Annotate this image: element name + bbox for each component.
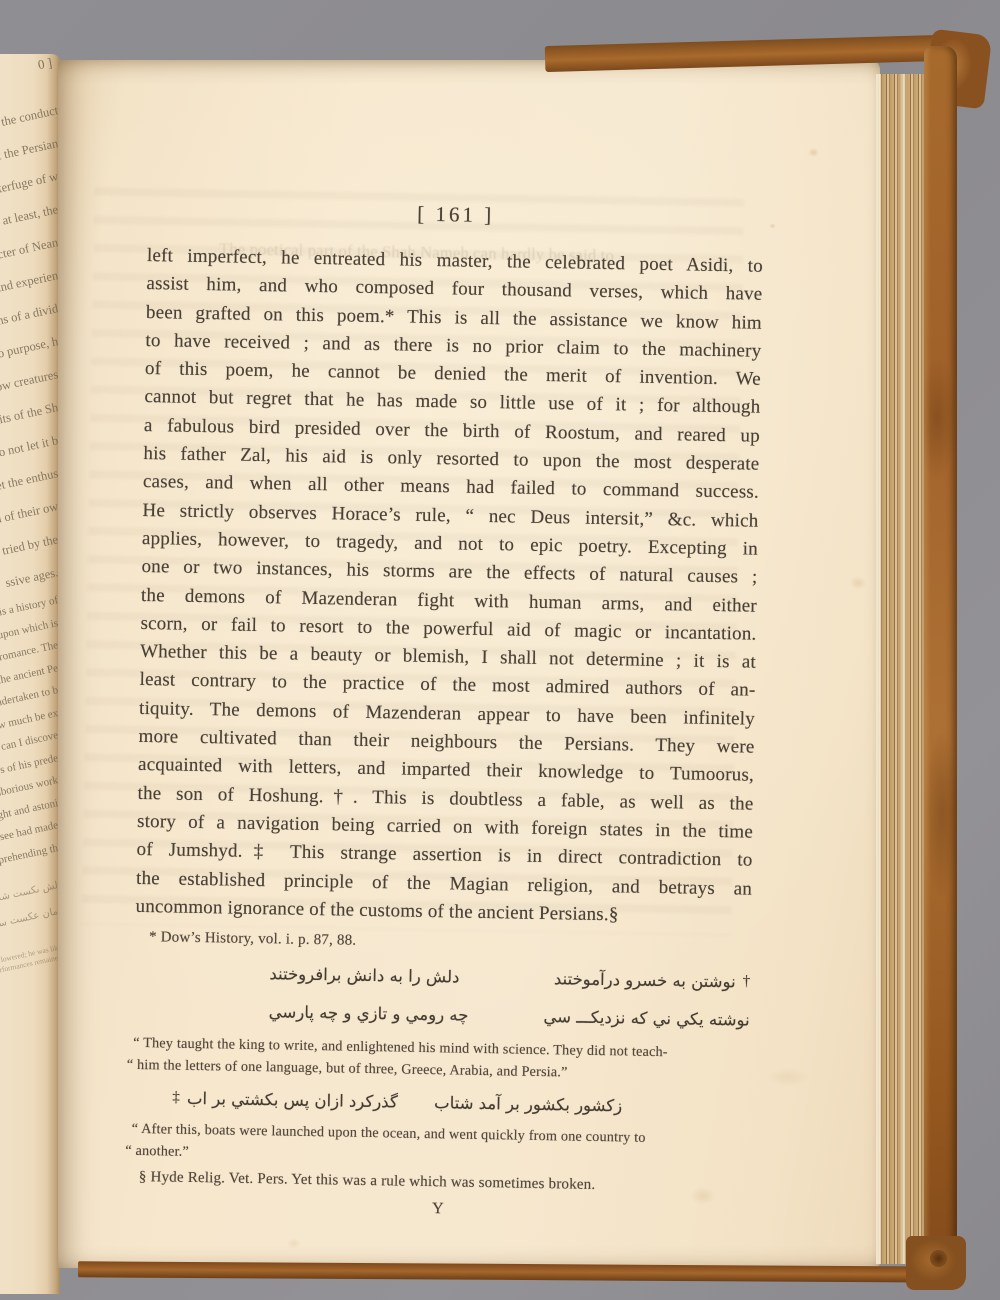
persian-verse-row: دلش را به دانش برافروختند نوشتن به خسرو …: [134, 956, 750, 997]
footnote-dow: * Dow’s History, vol. i. p. 87, 88.: [135, 927, 751, 959]
persian-hemistich: نوشتن به خسرو درآموختند: [554, 969, 736, 991]
book-page: The poetical part of the Shah Nameh can …: [58, 60, 880, 1268]
signature-mark: Y: [130, 1195, 746, 1224]
page-block-fore-edge: [876, 74, 928, 1264]
persian-hemistich: نوشته يكي ني كه نزديكـــ سي: [543, 1007, 750, 1030]
footnotes: * Dow’s History, vol. i. p. 87, 88. دلش …: [131, 927, 751, 1199]
persian-hemistich: دلش را به دانش برافروختند: [269, 964, 459, 986]
foxing-spot: [284, 1236, 304, 1251]
persian-hemistich: چه رومي و تازي و چه پارسي: [269, 1002, 469, 1024]
leather-cover-right-edge: [924, 46, 957, 1284]
foxing-spot: [758, 1064, 818, 1090]
facing-page-strip: 0 ] on in the conduct ut the Persian the…: [0, 54, 60, 1294]
foxing-spot: [846, 574, 870, 592]
facing-page-number-fragment: 0 ]: [37, 55, 54, 73]
persian-hemistich: زكشور بكشور بر آمد شتاب: [434, 1093, 622, 1115]
persian-verse-row: ‡ گذركرد ازان پس بكشتي بر اب زكشور بكشور…: [172, 1083, 622, 1121]
persian-hemistich-with-marker: نوشتن به خسرو درآموختند †: [554, 969, 751, 991]
book-photo: 0 ] on in the conduct ut the Persian the…: [0, 0, 1000, 1300]
foxing-spot: [768, 222, 777, 230]
double-dagger-footnote-marker: ‡: [172, 1089, 180, 1106]
footnote-hyde: § Hyde Relig. Vet. Pers. Yet this was a …: [131, 1167, 747, 1199]
persian-hemistich: گذركرد ازان پس بكشتي بر اب: [187, 1088, 398, 1111]
persian-hemistich-with-marker: ‡ گذركرد ازان پس بكشتي بر اب: [172, 1088, 398, 1111]
persian-verse-row: چه رومي و تازي و چه پارسي نوشته يكي ني ك…: [134, 994, 750, 1035]
page-number: [ 161 ]: [148, 196, 764, 233]
page-content: The poetical part of the Shah Nameh can …: [130, 196, 764, 1224]
dagger-footnote-marker: †: [743, 973, 751, 990]
foxing-spot: [806, 146, 821, 159]
facing-page-text-fragments: on in the conduct ut the Persian the sub…: [0, 94, 58, 962]
leather-corner-knot: [930, 1250, 947, 1267]
